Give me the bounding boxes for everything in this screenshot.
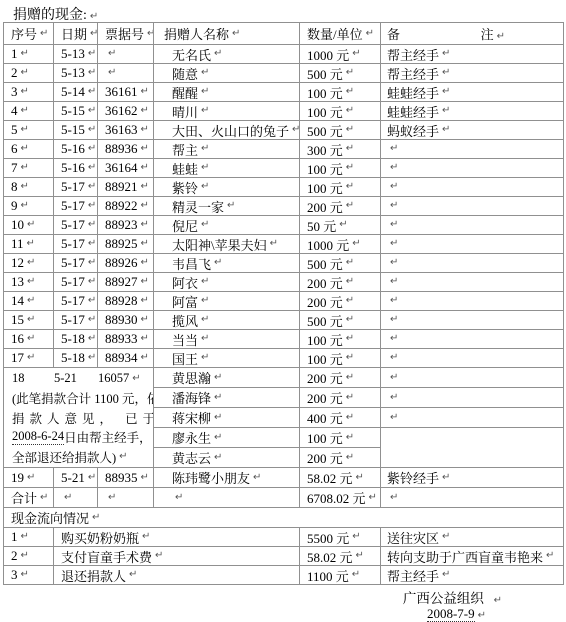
- table-row: 14↵5-17↵88928↵阿富↵200 元↵↵: [4, 292, 564, 311]
- paragraph-mark: ↵: [141, 353, 149, 363]
- cell-no: 12↵: [4, 254, 54, 273]
- table-row: 3↵5-14↵36161↵醒醒↵100 元↵蛙蛙经手↵: [4, 83, 564, 102]
- paragraph-mark: ↵: [201, 220, 209, 230]
- cell-receipt: ↵: [98, 45, 154, 64]
- paragraph-mark: ↵: [390, 220, 398, 230]
- paragraph-mark: ↵: [88, 258, 96, 268]
- paragraph-mark: ↵: [346, 353, 354, 363]
- paragraph-mark: ↵: [352, 49, 360, 59]
- paragraph-mark: ↵: [155, 551, 163, 561]
- table-row: 12↵5-17↵88926↵韦昌飞↵500 元↵↵: [4, 254, 564, 273]
- table-header-row: 序号↵ 日期↵ 票据号↵ 捐赠人名称↵ 数量/单位↵ 备 注↵: [4, 23, 564, 45]
- paragraph-mark: ↵: [253, 473, 261, 483]
- paragraph-mark: ↵: [442, 570, 450, 580]
- paragraph-mark: ↵: [141, 334, 149, 344]
- total-label-cell: 合计↵: [4, 488, 54, 508]
- page-title-text: 捐赠的现金:: [13, 8, 87, 23]
- cell-donor: 醒醒↵: [154, 83, 300, 102]
- paragraph-mark: ↵: [21, 106, 29, 116]
- paragraph-mark: ↵: [27, 296, 35, 306]
- row-18-merged-note-cell: 185-2116057↵ (此笔捐款合计 1100 元，依 捐款人意见， 已于 …: [4, 368, 154, 468]
- cell-donor: 倪尼↵: [154, 216, 300, 235]
- paragraph-mark: ↵: [21, 182, 29, 192]
- paragraph-mark: ↵: [442, 532, 450, 542]
- paragraph-mark: ↵: [141, 239, 149, 249]
- cell-remark: 帮主经手↵: [381, 64, 564, 83]
- paragraph-mark: ↵: [390, 258, 398, 268]
- paragraph-mark: ↵: [390, 296, 398, 306]
- cell-remark: 帮主经手↵: [381, 45, 564, 64]
- paragraph-mark: ↵: [88, 334, 96, 344]
- cell-amount: 200 元↵: [300, 388, 381, 408]
- paragraph-mark: ↵: [141, 315, 149, 325]
- cell-receipt: 88936↵: [98, 140, 154, 159]
- cell-donor: 揽风↵: [154, 311, 300, 330]
- paragraph-mark: ↵: [346, 144, 354, 154]
- cash-flow-section-title: 现金流向情况↵: [4, 508, 564, 528]
- cell-no: 14↵: [4, 292, 54, 311]
- table-row: 15↵5-17↵88930↵揽风↵500 元↵↵: [4, 311, 564, 330]
- cell-remark: ↵: [381, 292, 564, 311]
- cell-amount: 200 元↵: [300, 292, 381, 311]
- cell-remark: ↵: [381, 311, 564, 330]
- cell-remark: ↵: [381, 235, 564, 254]
- table-row: 2↵5-13↵↵随意↵500 元↵帮主经手↵: [4, 64, 564, 83]
- cell-donor: 晴川↵: [154, 102, 300, 121]
- paragraph-mark: ↵: [40, 493, 48, 503]
- paragraph-mark: ↵: [88, 353, 96, 363]
- cell-receipt: 88922↵: [98, 197, 154, 216]
- row-18-subrows: 黄思瀚↵潘海锋↵蒋宋柳↵廖永生↵黄志云↵ 200 元↵200 元↵400 元↵1…: [154, 368, 564, 468]
- paragraph-mark: ↵: [390, 182, 398, 192]
- paragraph-mark: ↵: [88, 68, 96, 78]
- paragraph-mark: ↵: [352, 532, 360, 542]
- cell-donor: 黄志云↵: [154, 448, 300, 468]
- cell-remark: ↵: [381, 197, 564, 216]
- cell-remark: ↵: [381, 159, 564, 178]
- paragraph-mark: ↵: [346, 163, 354, 173]
- paragraph-mark: ↵: [141, 106, 149, 116]
- cell-no: 3↵: [4, 83, 54, 102]
- paragraph-mark: ↵: [21, 532, 29, 542]
- cell-amount: 200 元↵: [300, 273, 381, 292]
- paragraph-mark: ↵: [292, 125, 300, 135]
- cell-remark: ↵: [381, 349, 564, 368]
- paragraph-mark: ↵: [346, 296, 354, 306]
- document-page: 捐赠的现金:↵ 序号↵ 日期↵ 票据号↵ 捐赠人名称↵ 数量/单位↵ 备 注↵ …: [0, 0, 566, 622]
- cell-description: 退还捐款人↵: [54, 566, 300, 585]
- donation-table: 序号↵ 日期↵ 票据号↵ 捐赠人名称↵ 数量/单位↵ 备 注↵ 1↵5-13↵↵…: [3, 22, 564, 585]
- cell-amount: 100 元↵: [300, 102, 381, 121]
- row-18-receipt: 16057: [98, 371, 129, 386]
- cell-amount: 100 元↵: [300, 178, 381, 197]
- paragraph-mark: ↵: [21, 570, 29, 580]
- paragraph-mark: ↵: [21, 49, 29, 59]
- paragraph-mark: ↵: [88, 220, 96, 230]
- cell-amount: 200 元↵: [300, 448, 381, 468]
- paragraph-mark: ↵: [21, 163, 29, 173]
- paragraph-mark: ↵: [21, 125, 29, 135]
- cell-remark: ↵: [381, 368, 564, 388]
- paragraph-mark: ↵: [346, 334, 354, 344]
- cell-no: 2↵: [4, 64, 54, 83]
- paragraph-mark: ↵: [232, 29, 240, 39]
- cell-no: 10↵: [4, 216, 54, 235]
- cell-date: 5-17↵: [54, 235, 98, 254]
- paragraph-mark: ↵: [201, 68, 209, 78]
- cell-remark: ↵: [381, 273, 564, 292]
- paragraph-mark: ↵: [64, 493, 72, 503]
- cell-donor: 精灵一家↵: [154, 197, 300, 216]
- table-row: 2↵支付盲童手术费↵58.02 元↵转向支助于广西盲童韦艳来↵: [4, 547, 564, 566]
- paragraph-mark: ↵: [442, 68, 450, 78]
- cell-receipt: 88928↵: [98, 292, 154, 311]
- cell-remark: 蚂蚁经手↵: [381, 121, 564, 140]
- cell-donor: 廖永生↵: [154, 428, 300, 448]
- paragraph-mark: ↵: [21, 201, 29, 211]
- cell-date: 5-18↵: [54, 330, 98, 349]
- cell-remark: 帮主经手↵: [381, 566, 564, 585]
- table-row: 5↵5-15↵36163↵大田、火山口的兔子↵500 元↵蚂蚁经手↵: [4, 121, 564, 140]
- paragraph-mark: ↵: [88, 277, 96, 287]
- cell-receipt: 36164↵: [98, 159, 154, 178]
- cell-date: 5-17↵: [54, 292, 98, 311]
- paragraph-mark: ↵: [141, 277, 149, 287]
- cell-date: 5-17↵: [54, 311, 98, 330]
- cell-no: 4↵: [4, 102, 54, 121]
- row-18-note-line1: (此笔捐款合计 1100 元，依: [12, 389, 151, 409]
- paragraph-mark: ↵: [390, 393, 398, 403]
- footer-organization: 广西公益组织 ↵: [0, 587, 566, 607]
- cell-no: 9↵: [4, 197, 54, 216]
- cell-amount: 1000 元↵: [300, 45, 381, 64]
- cell-amount: 200 元↵: [300, 368, 381, 388]
- cell-remark: 蛙蛙经手↵: [381, 83, 564, 102]
- table-row-19: 19↵ 5-21↵ 88935↵ 陈玮鹭小朋友↵ 58.02 元↵ 紫铃经手↵: [4, 468, 564, 488]
- paragraph-mark: ↵: [201, 334, 209, 344]
- paragraph-mark: ↵: [346, 201, 354, 211]
- paragraph-mark: ↵: [214, 433, 222, 443]
- cell-remark: ↵: [381, 178, 564, 197]
- row-18-date: 5-21: [54, 371, 98, 386]
- header-cell-no: 序号↵: [4, 23, 54, 45]
- cell-no: 3↵: [4, 566, 54, 585]
- paragraph-mark: ↵: [27, 353, 35, 363]
- paragraph-mark: ↵: [390, 334, 398, 344]
- paragraph-mark: ↵: [141, 144, 149, 154]
- cell-remark: 蛙蛙经手↵: [381, 102, 564, 121]
- paragraph-mark: ↵: [88, 163, 96, 173]
- paragraph-mark: ↵: [88, 296, 96, 306]
- header-cell-remark: 备 注↵: [381, 23, 564, 45]
- cell-date: 5-17↵: [54, 197, 98, 216]
- cell-no: 15↵: [4, 311, 54, 330]
- cell-amount: 100 元↵: [300, 330, 381, 349]
- paragraph-mark: ↵: [88, 49, 96, 59]
- cell-amount: 100 元↵: [300, 159, 381, 178]
- cell-amount: 500 元↵: [300, 311, 381, 330]
- paragraph-mark: ↵: [88, 315, 96, 325]
- paragraph-mark: ↵: [214, 49, 222, 59]
- table-row: 6↵5-16↵88936↵帮主↵300 元↵↵: [4, 140, 564, 159]
- cell-no: 17↵: [4, 349, 54, 368]
- paragraph-mark: ↵: [270, 239, 278, 249]
- paragraph-mark: ↵: [346, 393, 354, 403]
- paragraph-mark: ↵: [141, 258, 149, 268]
- paragraph-mark: ↵: [88, 106, 96, 116]
- paragraph-mark: ↵: [390, 239, 398, 249]
- paragraph-mark: ↵: [390, 201, 398, 211]
- cell-no: 2↵: [4, 547, 54, 566]
- table-row: 1↵5-13↵↵无名氏↵1000 元↵帮主经手↵: [4, 45, 564, 64]
- paragraph-mark: ↵: [88, 87, 96, 97]
- table-row: 11↵5-17↵88925↵太阳神\苹果夫妇↵1000 元↵↵: [4, 235, 564, 254]
- paragraph-mark: ↵: [201, 277, 209, 287]
- row-18-block: 185-2116057↵ (此笔捐款合计 1100 元，依 捐款人意见， 已于 …: [4, 368, 564, 468]
- paragraph-mark: ↵: [346, 106, 354, 116]
- paragraph-mark: ↵: [141, 220, 149, 230]
- paragraph-mark: ↵: [88, 239, 96, 249]
- table-row: 3↵退还捐款人↵1100 元↵帮主经手↵: [4, 566, 564, 585]
- cell-remark-merged: [381, 428, 564, 468]
- paragraph-mark: ↵: [214, 413, 222, 423]
- cell-donor: 阿富↵: [154, 292, 300, 311]
- page-title: 捐赠的现金:↵: [13, 4, 566, 22]
- cell-receipt: 88923↵: [98, 216, 154, 235]
- table-row: 13↵5-17↵88927↵阿衣↵200 元↵↵: [4, 273, 564, 292]
- table-row: 10↵5-17↵88923↵倪尼↵50 元↵↵: [4, 216, 564, 235]
- cell-amount: 500 元↵: [300, 64, 381, 83]
- paragraph-mark: ↵: [88, 144, 96, 154]
- header-cell-receipt: 票据号↵: [98, 23, 154, 45]
- total-row: 合计↵ ↵ ↵ ↵ 6708.02 元↵ ↵: [4, 488, 564, 508]
- cell-no: 5↵: [4, 121, 54, 140]
- paragraph-mark: ↵: [442, 87, 450, 97]
- cell-amount: 58.02 元↵: [300, 547, 381, 566]
- table-row: 9↵5-17↵88922↵精灵一家↵200 元↵↵: [4, 197, 564, 216]
- footer-date: 2008-7-9↵: [0, 606, 566, 622]
- cell-donor: 太阳神\苹果夫妇↵: [154, 235, 300, 254]
- paragraph-mark: ↵: [546, 551, 554, 561]
- paragraph-mark: ↵: [346, 277, 354, 287]
- cell-receipt: 88925↵: [98, 235, 154, 254]
- cell-date: 5-14↵: [54, 83, 98, 102]
- paragraph-mark: ↵: [108, 49, 116, 59]
- cell-no: 1↵: [4, 528, 54, 547]
- cell-description: 支付盲童手术费↵: [54, 547, 300, 566]
- paragraph-mark: ↵: [346, 453, 354, 463]
- paragraph-mark: ↵: [142, 532, 150, 542]
- paragraph-mark: ↵: [339, 220, 347, 230]
- cell-receipt: 36163↵: [98, 121, 154, 140]
- paragraph-mark: ↵: [119, 452, 127, 462]
- paragraph-mark: ↵: [201, 163, 209, 173]
- paragraph-mark: ↵: [390, 277, 398, 287]
- paragraph-mark: ↵: [27, 239, 35, 249]
- paragraph-mark: ↵: [108, 68, 116, 78]
- paragraph-mark: ↵: [346, 433, 354, 443]
- paragraph-mark: ↵: [175, 493, 183, 503]
- paragraph-mark: ↵: [147, 29, 154, 39]
- cell-remark: ↵: [381, 388, 564, 408]
- paragraph-mark: ↵: [227, 201, 235, 211]
- paragraph-mark: ↵: [346, 87, 354, 97]
- paragraph-mark: ↵: [27, 334, 35, 344]
- paragraph-mark: ↵: [356, 473, 364, 483]
- paragraph-mark: ↵: [201, 144, 209, 154]
- paragraph-mark: ↵: [108, 493, 116, 503]
- cell-no: 7↵: [4, 159, 54, 178]
- cell-receipt: ↵: [98, 64, 154, 83]
- cell-amount: 500 元↵: [300, 121, 381, 140]
- paragraph-mark: ↵: [88, 182, 96, 192]
- paragraph-mark: ↵: [141, 201, 149, 211]
- row-18-note-line2: 捐款人意见， 已于: [12, 408, 151, 428]
- paragraph-mark: ↵: [27, 315, 35, 325]
- paragraph-mark: ↵: [346, 413, 354, 423]
- paragraph-mark: ↵: [21, 87, 29, 97]
- cell-donor: 无名氏↵: [154, 45, 300, 64]
- paragraph-mark: ↵: [21, 144, 29, 154]
- cell-donor: 随意↵: [154, 64, 300, 83]
- paragraph-mark: ↵: [21, 551, 29, 561]
- paragraph-mark: ↵: [141, 125, 149, 135]
- paragraph-mark: ↵: [141, 473, 149, 483]
- cell-amount: 400 元↵: [300, 408, 381, 428]
- paragraph-mark: ↵: [494, 595, 502, 606]
- paragraph-mark: ↵: [201, 182, 209, 192]
- table-row: 7↵5-16↵36164↵蛙蛙↵100 元↵↵: [4, 159, 564, 178]
- paragraph-mark: ↵: [390, 315, 398, 325]
- cell-date: 5-16↵: [54, 159, 98, 178]
- paragraph-mark: ↵: [88, 473, 96, 483]
- cell-receipt: 88934↵: [98, 349, 154, 368]
- paragraph-mark: ↵: [390, 163, 398, 173]
- paragraph-mark: ↵: [201, 353, 209, 363]
- paragraph-mark: ↵: [497, 31, 505, 42]
- cell-no: 8↵: [4, 178, 54, 197]
- paragraph-mark: ↵: [442, 106, 450, 116]
- cell-amount: 100 元↵: [300, 349, 381, 368]
- paragraph-mark: ↵: [390, 493, 398, 503]
- paragraph-mark: ↵: [27, 220, 35, 230]
- paragraph-mark: ↵: [201, 296, 209, 306]
- paragraph-mark: ↵: [141, 182, 149, 192]
- paragraph-mark: ↵: [346, 373, 354, 383]
- paragraph-mark: ↵: [88, 125, 96, 135]
- cell-donor: 黄思瀚↵: [154, 368, 300, 388]
- paragraph-mark: ↵: [390, 353, 398, 363]
- cell-date: 5-13↵: [54, 45, 98, 64]
- paragraph-mark: ↵: [352, 239, 360, 249]
- cell-amount: 50 元↵: [300, 216, 381, 235]
- cell-no: 6↵: [4, 140, 54, 159]
- cell-amount: 300 元↵: [300, 140, 381, 159]
- paragraph-mark: ↵: [88, 201, 96, 211]
- paragraph-mark: ↵: [346, 125, 354, 135]
- cell-date: 5-17↵: [54, 178, 98, 197]
- cell-receipt: 88927↵: [98, 273, 154, 292]
- cell-remark: 送往灾区↵: [381, 528, 564, 547]
- paragraph-mark: ↵: [201, 87, 209, 97]
- header-cell-amount: 数量/单位↵: [300, 23, 381, 45]
- cell-date: 5-17↵: [54, 216, 98, 235]
- cell-date: 5-16↵: [54, 140, 98, 159]
- row-18-amount-column: 200 元↵200 元↵400 元↵100 元↵200 元↵: [300, 368, 381, 468]
- cell-date: 5-15↵: [54, 121, 98, 140]
- cell-donor: 国王↵: [154, 349, 300, 368]
- row-18-note-line4: 全部退还给捐款人)↵: [12, 447, 151, 467]
- paragraph-mark: ↵: [390, 373, 398, 383]
- table-row: 4↵5-15↵36162↵晴川↵100 元↵蛙蛙经手↵: [4, 102, 564, 121]
- cell-remark: ↵: [381, 330, 564, 349]
- cell-no: 16↵: [4, 330, 54, 349]
- paragraph-mark: ↵: [356, 551, 364, 561]
- paragraph-mark: ↵: [40, 29, 48, 39]
- cell-donor: 紫铃↵: [154, 178, 300, 197]
- cell-donor: 蛙蛙↵: [154, 159, 300, 178]
- cell-donor: 阿衣↵: [154, 273, 300, 292]
- paragraph-mark: ↵: [390, 144, 398, 154]
- paragraph-mark: ↵: [90, 11, 98, 22]
- paragraph-mark: ↵: [27, 277, 35, 287]
- donation-rows: 1↵5-13↵↵无名氏↵1000 元↵帮主经手↵2↵5-13↵↵随意↵500 元…: [4, 45, 564, 368]
- cell-date: 5-17↵: [54, 273, 98, 292]
- header-cell-date: 日期↵: [54, 23, 98, 45]
- header-cell-donor: 捐赠人名称↵: [154, 23, 300, 45]
- paragraph-mark: ↵: [346, 258, 354, 268]
- paragraph-mark: ↵: [141, 87, 149, 97]
- cell-donor: 蒋宋柳↵: [154, 408, 300, 428]
- cell-date: 5-15↵: [54, 102, 98, 121]
- paragraph-mark: ↵: [346, 182, 354, 192]
- cell-remark: ↵: [381, 216, 564, 235]
- cell-amount: 100 元↵: [300, 428, 381, 448]
- cell-remark: ↵: [381, 140, 564, 159]
- paragraph-mark: ↵: [442, 473, 450, 483]
- cell-receipt: 36161↵: [98, 83, 154, 102]
- paragraph-mark: ↵: [352, 570, 360, 580]
- paragraph-mark: ↵: [214, 258, 222, 268]
- cell-remark: ↵: [381, 254, 564, 273]
- total-amount-cell: 6708.02 元↵: [300, 488, 381, 508]
- paragraph-mark: ↵: [478, 610, 486, 621]
- paragraph-mark: ↵: [214, 453, 222, 463]
- cell-date: 5-18↵: [54, 349, 98, 368]
- cell-receipt: 88933↵: [98, 330, 154, 349]
- row-18-donor-column: 黄思瀚↵潘海锋↵蒋宋柳↵廖永生↵黄志云↵: [154, 368, 300, 468]
- paragraph-mark: ↵: [132, 374, 140, 384]
- row-18-note-line3: 2008-6-24 日由帮主经手，: [12, 428, 151, 448]
- paragraph-mark: ↵: [90, 29, 98, 39]
- paragraph-mark: ↵: [201, 315, 209, 325]
- paragraph-mark: ↵: [141, 163, 149, 173]
- cell-donor: 韦昌飞↵: [154, 254, 300, 273]
- cell-amount: 200 元↵: [300, 197, 381, 216]
- table-row: 8↵5-17↵88921↵紫铃↵100 元↵↵: [4, 178, 564, 197]
- cell-donor: 潘海锋↵: [154, 388, 300, 408]
- cell-receipt: 36162↵: [98, 102, 154, 121]
- cash-flow-rows: 1↵购买奶粉奶瓶↵5500 元↵送往灾区↵2↵支付盲童手术费↵58.02 元↵转…: [4, 528, 564, 585]
- paragraph-mark: ↵: [442, 125, 450, 135]
- paragraph-mark: ↵: [27, 258, 35, 268]
- cell-donor: 当当↵: [154, 330, 300, 349]
- row-18-no: 18: [12, 371, 54, 386]
- table-row: 1↵购买奶粉奶瓶↵5500 元↵送往灾区↵: [4, 528, 564, 547]
- cell-amount: 500 元↵: [300, 254, 381, 273]
- paragraph-mark: ↵: [129, 570, 137, 580]
- paragraph-mark: ↵: [366, 29, 374, 39]
